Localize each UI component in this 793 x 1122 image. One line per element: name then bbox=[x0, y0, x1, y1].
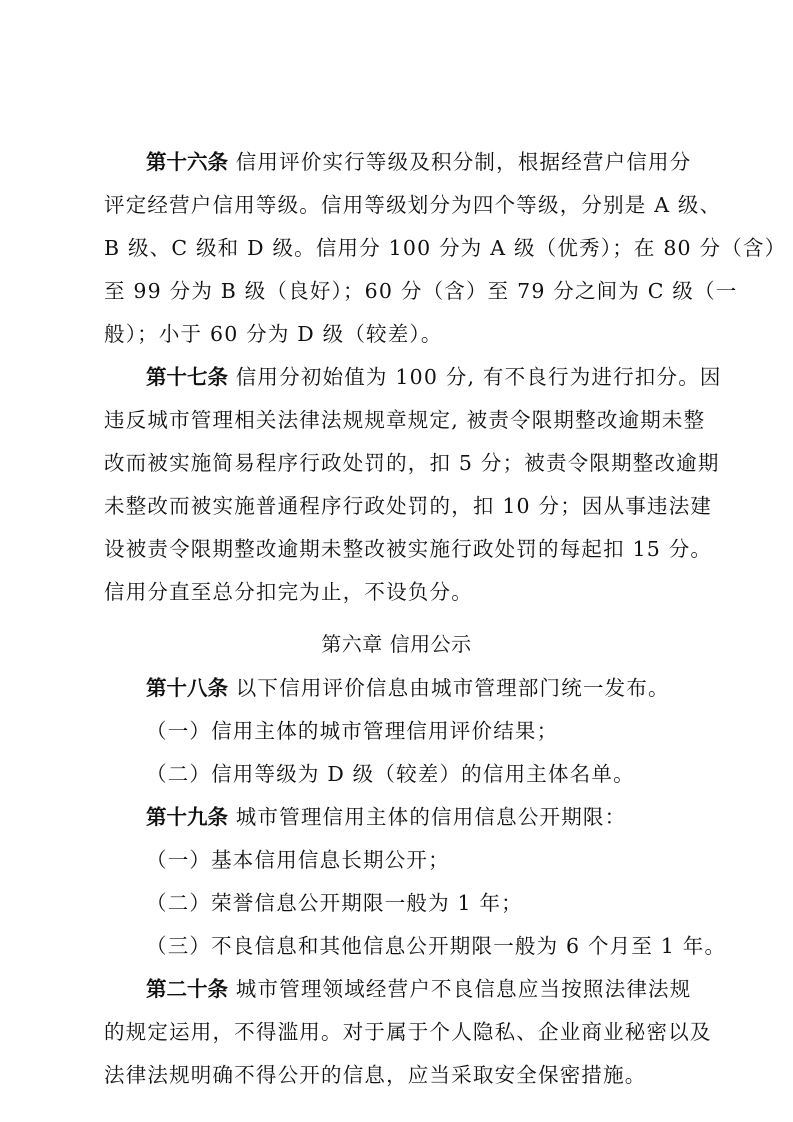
article-20-text: 城市管理领域经营户不良信息应当按照法律法规 bbox=[236, 977, 692, 1001]
article-17-line-3: 改而被实施简易程序行政处罚的，扣 5 分；被责令限期整改逾期 bbox=[104, 451, 700, 475]
article-16-line-3: B 级、C 级和 D 级。信用分 100 分为 A 级（优秀）；在 80 分（含… bbox=[104, 236, 700, 260]
chapter-heading: 第六章 信用公示 bbox=[0, 632, 793, 656]
article-18-line-1: 第十八条 以下信用评价信息由城市管理部门统一发布。 bbox=[146, 676, 746, 700]
article-17-text: 信用分初始值为 100 分, 有不良行为进行扣分。因 bbox=[236, 365, 722, 389]
article-16-line-2: 评定经营户信用等级。信用等级划分为四个等级，分别是 A 级、 bbox=[104, 193, 700, 217]
article-20-line-2: 的规定运用，不得滥用。对于属于个人隐私、企业商业秘密以及 bbox=[104, 1020, 700, 1044]
document-page: 第十六条 信用评价实行等级及积分制，根据经营户信用分 评定经营户信用等级。信用等… bbox=[0, 0, 793, 1122]
article-17-line-6: 信用分直至总分扣完为止，不设负分。 bbox=[104, 580, 704, 604]
article-17-line-2: 违反城市管理相关法律法规规章规定, 被责令限期整改逾期未整 bbox=[104, 408, 700, 432]
article-19-item-1: （一）基本信用信息长期公开； bbox=[146, 848, 746, 872]
article-17-title: 第十七条 bbox=[146, 365, 228, 389]
article-18-item-2: （二）信用等级为 D 级（较差）的信用主体名单。 bbox=[146, 762, 746, 786]
article-16-text: 信用评价实行等级及积分制，根据经营户信用分 bbox=[236, 150, 692, 174]
article-17-line-5: 设被责令限期整改逾期未整改被实施行政处罚的每起扣 15 分。 bbox=[104, 537, 700, 561]
article-16-line-5: 般）；小于 60 分为 D 级（较差）。 bbox=[104, 322, 704, 346]
article-19-title: 第十九条 bbox=[146, 805, 228, 829]
article-19-item-2: （二）荣誉信息公开期限一般为 1 年； bbox=[146, 891, 746, 915]
article-20-line-3: 法律法规明确不得公开的信息，应当采取安全保密措施。 bbox=[104, 1063, 704, 1087]
article-17-line-4: 未整改而被实施普通程序行政处罚的，扣 10 分；因从事违法建 bbox=[104, 494, 700, 518]
article-17-line-1: 第十七条 信用分初始值为 100 分, 有不良行为进行扣分。因 bbox=[146, 365, 746, 389]
article-16-line-4: 至 99 分为 B 级（良好）；60 分（含）至 79 分之间为 C 级（一 bbox=[104, 279, 700, 303]
article-20-line-1: 第二十条 城市管理领域经营户不良信息应当按照法律法规 bbox=[146, 977, 746, 1001]
article-18-intro: 以下信用评价信息由城市管理部门统一发布。 bbox=[236, 676, 670, 700]
article-20-title: 第二十条 bbox=[146, 977, 228, 1001]
article-16-title: 第十六条 bbox=[146, 150, 228, 174]
article-19-item-3: （三）不良信息和其他信息公开期限一般为 6 个月至 1 年。 bbox=[146, 934, 746, 958]
article-16-line-1: 第十六条 信用评价实行等级及积分制，根据经营户信用分 bbox=[146, 150, 746, 174]
article-19-intro: 城市管理信用主体的信用信息公开期限： bbox=[236, 805, 627, 829]
article-19-line-1: 第十九条 城市管理信用主体的信用信息公开期限： bbox=[146, 805, 746, 829]
article-18-item-1: （一）信用主体的城市管理信用评价结果； bbox=[146, 719, 746, 743]
article-18-title: 第十八条 bbox=[146, 676, 228, 700]
